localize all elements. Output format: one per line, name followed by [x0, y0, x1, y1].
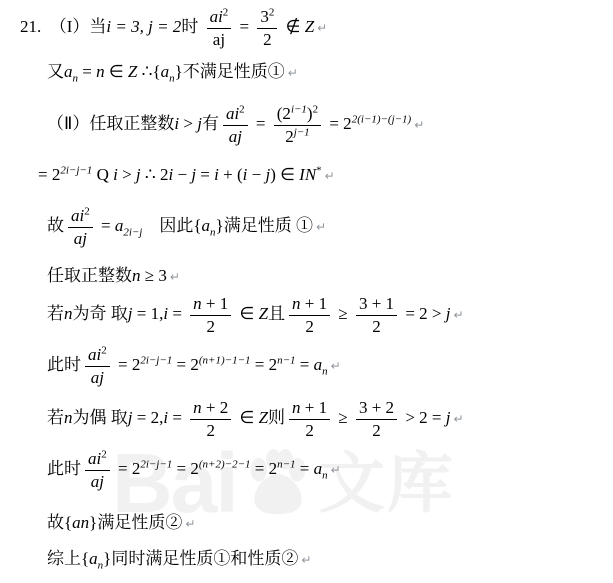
text-run: 综上: [47, 549, 81, 568]
fraction: n + 12: [289, 398, 330, 440]
paragraph-mark: ↵: [317, 21, 327, 35]
math-text: =: [168, 408, 186, 427]
fraction: n + 22: [190, 398, 231, 440]
solution-line-4: = 22i−j−1 Q i > j ∴ 2i − j = i + (i − j)…: [38, 164, 335, 185]
fraction-numerator: n + 1: [190, 294, 231, 316]
fraction-numerator: 3 + 2: [356, 398, 397, 420]
solution-line-12: 综上{an}同时满足性质①和性质②↵: [47, 548, 311, 571]
math-var: j: [446, 304, 451, 323]
solution-line-2: 又an = n ∈ Z ∴{an}不满足性质①↵: [47, 61, 298, 84]
math-var: a: [202, 216, 211, 235]
fraction-denominator: 2: [257, 29, 277, 50]
solution-line-1: 21. （I）当i = 3, j = 2时 ai2aj = 322 ∉ Z↵: [20, 7, 327, 49]
math-var: aj: [91, 368, 104, 387]
math-var: a: [314, 459, 323, 478]
math-text: = 2: [251, 355, 278, 374]
paragraph-mark: ↵: [301, 553, 311, 567]
math-text: ∈: [235, 408, 258, 427]
superscript: n−1: [277, 458, 295, 470]
math-text: >: [179, 114, 197, 133]
math-text: 3: [260, 7, 269, 26]
math-var: n: [193, 398, 202, 417]
math-text: 3 + 2: [359, 398, 394, 417]
text-run: 因此: [142, 216, 193, 235]
math-text: >: [118, 165, 136, 184]
math-var: Z: [128, 62, 137, 81]
paragraph-mark: ↵: [453, 308, 463, 322]
math-text: = 2: [172, 355, 199, 374]
fraction-numerator: n + 1: [289, 294, 330, 316]
math-var: n: [96, 62, 105, 81]
text-run: 时: [181, 17, 202, 36]
math-var: n: [193, 294, 202, 313]
math-text: =: [252, 114, 270, 133]
fraction: ai2aj: [68, 206, 93, 248]
math-text: 2: [305, 421, 314, 440]
solution-line-5: 故ai2aj = a2i−j 因此{an}满足性质 ①↵: [47, 206, 326, 248]
fraction-denominator: aj: [223, 126, 248, 147]
solution-line-3: （Ⅱ）任取正整数i > j有ai2aj = (2i−1)22j−1 = 22(i…: [47, 104, 424, 146]
fraction-numerator: ai2: [223, 104, 248, 126]
math-text: = 2: [325, 114, 352, 133]
fraction-denominator: aj: [207, 29, 232, 50]
math-text: = 1,: [132, 304, 163, 323]
math-text: ) ∈: [270, 165, 299, 184]
math-var: ai: [226, 104, 239, 123]
fraction-denominator: aj: [85, 471, 110, 492]
text-run: 此时: [47, 355, 81, 374]
fraction: (2i−1)22j−1: [274, 104, 321, 146]
math-text: (2: [277, 104, 291, 123]
fraction: ai2aj: [85, 345, 110, 387]
math-text: 3 + 1: [359, 294, 394, 313]
math-text: =: [235, 17, 253, 36]
math-var: aj: [229, 127, 242, 146]
text-run: 为偶 取: [73, 408, 128, 427]
math-text: }: [175, 62, 183, 81]
math-text: =: [97, 216, 115, 235]
text-run: 满足性质 ①: [224, 216, 313, 235]
solution-line-11: 故{an}满足性质②↵: [47, 512, 195, 533]
math-text: {: [193, 216, 201, 235]
text-run: 若: [47, 408, 64, 427]
fraction: 322: [257, 7, 277, 49]
fraction-numerator: n + 2: [190, 398, 231, 420]
math-text: = 2: [114, 459, 141, 478]
math-text: −: [247, 165, 265, 184]
math-text: = 2: [172, 459, 199, 478]
fraction-denominator: aj: [68, 228, 93, 249]
math-text: 21.: [20, 17, 41, 36]
superscript: 2(i−1)−(j−1): [352, 113, 412, 125]
paragraph-mark: ↵: [325, 169, 335, 183]
subscript: n: [322, 469, 328, 481]
math-text: + 1: [202, 294, 229, 313]
math-var: aj: [91, 472, 104, 491]
paragraph-mark: ↵: [414, 118, 424, 132]
superscript: (n+2)−2−1: [199, 458, 251, 470]
paragraph-mark: ↵: [170, 270, 180, 284]
math-var: IN: [299, 165, 316, 184]
solution-line-10: 此时ai2aj = 22i−j−1 = 2(n+2)−2−1 = 2n−1 = …: [47, 449, 341, 491]
fraction: 3 + 22: [356, 398, 397, 440]
fraction-numerator: 32: [257, 7, 277, 29]
math-text: ∴ 2: [141, 165, 169, 184]
math-text: = 2,: [132, 408, 163, 427]
solution-line-7: 若n为奇 取j = 1,i = n + 12 ∈ Z且n + 12 ≥ 3 + …: [47, 294, 464, 336]
superscript: n−1: [277, 354, 295, 366]
superscript: 2: [101, 448, 107, 460]
math-text: =: [168, 304, 186, 323]
superscript: 2: [313, 103, 319, 115]
math-text: ≥ 3: [141, 266, 167, 285]
math-text: ≥: [334, 408, 352, 427]
fraction: n + 12: [190, 294, 231, 336]
paragraph-mark: ↵: [316, 220, 326, 234]
math-text: 2: [372, 421, 381, 440]
math-text: {: [81, 549, 89, 568]
paragraph-mark: ↵: [288, 66, 298, 80]
superscript: 2i−j−1: [60, 164, 92, 176]
paragraph-mark: ↵: [453, 412, 463, 426]
math-text: =: [296, 459, 314, 478]
superscript: *: [316, 164, 322, 176]
math-text: + 1: [301, 294, 328, 313]
superscript: 2: [84, 205, 90, 217]
math-var: n: [292, 294, 301, 313]
fraction-denominator: 2j−1: [274, 126, 321, 147]
text-run: 有: [202, 114, 219, 133]
math-var: aj: [74, 229, 87, 248]
solution-line-9: 若n为偶 取j = 2,i = n + 22 ∈ Z则n + 12 ≥ 3 + …: [47, 398, 464, 440]
superscript: 2i−j−1: [140, 354, 172, 366]
fraction-denominator: 2: [289, 420, 330, 441]
math-text: 2: [206, 421, 215, 440]
math-text: ∈: [105, 62, 128, 81]
fraction-numerator: ai2: [68, 206, 93, 228]
text-run: 则: [268, 408, 285, 427]
text-run: 不满足性质①: [183, 62, 285, 81]
text-run: 若: [47, 304, 64, 323]
math-var: ai: [210, 7, 223, 26]
text-run: （Ⅱ）任取正整数: [47, 114, 174, 133]
paragraph-mark: ↵: [185, 517, 195, 531]
fraction: 3 + 12: [356, 294, 397, 336]
math-var: n: [64, 408, 73, 427]
superscript: 2: [239, 103, 245, 115]
fraction-denominator: 2: [356, 420, 397, 441]
math-text: + 1: [301, 398, 328, 417]
math-var: ai: [71, 206, 84, 225]
fraction-denominator: 2: [190, 420, 231, 441]
solution-line-8: 此时ai2aj = 22i−j−1 = 2(n+1)−1−1 = 2n−1 = …: [47, 345, 341, 387]
fraction: n + 12: [289, 294, 330, 336]
math-text: = 2: [114, 355, 141, 374]
math-text: ∉: [281, 17, 304, 36]
text-run: 又: [47, 62, 64, 81]
math-text: 2: [263, 30, 272, 49]
math-text: + 2: [202, 398, 229, 417]
math-var: a: [64, 62, 73, 81]
fraction: ai2aj: [223, 104, 248, 146]
text-run: 此时: [47, 459, 81, 478]
math-text: =: [296, 355, 314, 374]
math-text: 2: [206, 317, 215, 336]
math-text: {: [64, 513, 72, 532]
solution-content: 21. （I）当i = 3, j = 2时 ai2aj = 322 ∉ Z↵又a…: [0, 0, 613, 583]
fraction: ai2aj: [85, 449, 110, 491]
math-var: Z: [259, 304, 268, 323]
superscript: 2: [101, 344, 107, 356]
fraction-numerator: ai2: [85, 345, 110, 367]
math-text: ∈: [235, 304, 258, 323]
math-text: ∴{: [137, 62, 160, 81]
math-text: > 2 =: [401, 408, 446, 427]
math-text: =: [196, 165, 214, 184]
superscript: (n+1)−1−1: [199, 354, 251, 366]
math-text: −: [173, 165, 191, 184]
math-var: a: [314, 355, 323, 374]
paragraph-mark: ↵: [331, 359, 341, 373]
math-var: Z: [259, 408, 268, 427]
superscript: 2: [223, 6, 229, 18]
text-run: 且: [268, 304, 285, 323]
fraction-numerator: n + 1: [289, 398, 330, 420]
subscript: n: [322, 365, 328, 377]
math-var: n: [292, 398, 301, 417]
fraction-numerator: (2i−1)2: [274, 104, 321, 126]
solution-line-6: 任取正整数n ≥ 3↵: [47, 265, 180, 286]
math-text: 2: [372, 317, 381, 336]
document-page: Bai 文库 21. （I）当i = 3, j = 2时 ai2aj = 322…: [0, 0, 613, 583]
text-run: 同时满足性质①和性质②: [111, 549, 298, 568]
math-text: = 2: [251, 459, 278, 478]
superscript: 2i−j−1: [140, 458, 172, 470]
text-run: 故: [47, 216, 64, 235]
fraction-numerator: ai2: [85, 449, 110, 471]
math-text: Q: [92, 165, 113, 184]
math-text: ≥: [334, 304, 352, 323]
math-text: }: [216, 216, 224, 235]
superscript: 2: [269, 6, 275, 18]
text-run: 故: [47, 513, 64, 532]
fraction-denominator: 2: [289, 316, 330, 337]
math-var: ai: [88, 449, 101, 468]
math-text: =: [78, 62, 96, 81]
fraction-denominator: 2: [190, 316, 231, 337]
text-run: （I）当: [41, 17, 106, 36]
text-run: 为奇 取: [73, 304, 128, 323]
fraction-numerator: ai2: [207, 7, 232, 29]
superscript: i−1: [291, 103, 307, 115]
math-var: n: [64, 304, 73, 323]
math-var: an: [72, 513, 89, 532]
paragraph-mark: ↵: [331, 463, 341, 477]
fraction-denominator: aj: [85, 367, 110, 388]
math-var: Z: [305, 17, 314, 36]
math-text: 2: [305, 317, 314, 336]
math-var: j: [446, 408, 451, 427]
math-var: a: [89, 549, 98, 568]
fraction: ai2aj: [207, 7, 232, 49]
math-var: n: [132, 266, 141, 285]
math-var: ai: [88, 345, 101, 364]
math-text: = 2: [38, 165, 60, 184]
math-text: 2: [285, 127, 294, 146]
fraction-numerator: 3 + 1: [356, 294, 397, 316]
text-run: 任取正整数: [47, 266, 132, 285]
superscript: j−1: [294, 126, 310, 138]
math-text: + (: [219, 165, 243, 184]
text-run: 满足性质②: [97, 513, 182, 532]
math-text: = 2 >: [401, 304, 446, 323]
math-var: a: [161, 62, 170, 81]
math-text: aj: [213, 30, 225, 49]
fraction-denominator: 2: [356, 316, 397, 337]
subscript: 2i−j: [123, 226, 142, 238]
math-var: i = 3, j = 2: [106, 17, 181, 36]
